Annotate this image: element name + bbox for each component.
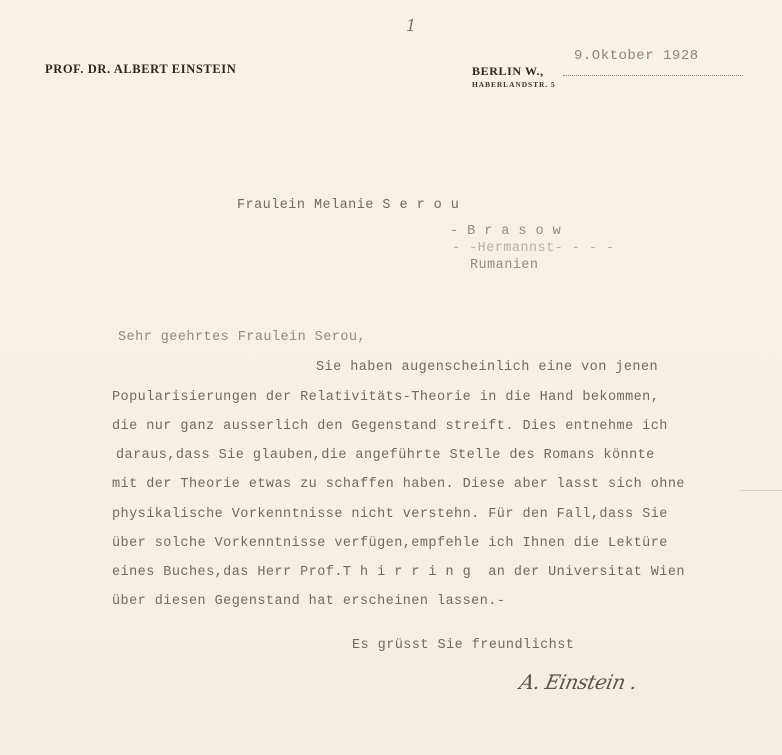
body-line: eines Buches,das Herr Prof.T h i r r i n… — [112, 565, 685, 580]
letterhead-city: BERLIN W., — [472, 64, 544, 79]
body-line: die nur ganz ausserlich den Gegenstand s… — [112, 419, 668, 434]
recipient-city: - B r a s o w — [450, 224, 561, 239]
signature: A. Einstein . — [517, 670, 639, 694]
body-line: daraus,dass Sie glauben,die angeführte S… — [116, 448, 655, 463]
recipient-name: Fraulein Melanie S e r o u — [237, 198, 459, 213]
recipient-country: Rumanien — [470, 258, 538, 273]
letterhead-street: HABERLANDSTR. 5 — [472, 80, 556, 89]
body-line: über solche Vorkenntnisse verfügen,empfe… — [112, 536, 668, 551]
page-number-pencil-mark: 1 — [406, 16, 416, 35]
letter-page: 1 PROF. DR. ALBERT EINSTEIN 9.Oktober 19… — [0, 0, 782, 755]
letterhead-name: PROF. DR. ALBERT EINSTEIN — [45, 62, 236, 77]
body-line: mit der Theorie etwas zu schaffen haben.… — [112, 477, 685, 492]
date-dotted-rule — [563, 75, 743, 76]
salutation: Sehr geehrtes Fraulein Serou, — [118, 330, 366, 345]
recipient-struck-line: - -Hermannst- - - - — [452, 241, 614, 256]
body-line: Popularisierungen der Relativitäts-Theor… — [112, 390, 659, 405]
paper-fold-line — [740, 490, 782, 491]
body-line: physikalische Vorkenntnisse nicht verste… — [112, 507, 668, 522]
body-line: Sie haben augenscheinlich eine von jenen — [316, 360, 658, 375]
closing: Es grüsst Sie freundlichst — [352, 638, 574, 653]
letter-date: 9.Oktober 1928 — [574, 48, 699, 64]
body-line: über diesen Gegenstand hat erscheinen la… — [112, 594, 505, 609]
